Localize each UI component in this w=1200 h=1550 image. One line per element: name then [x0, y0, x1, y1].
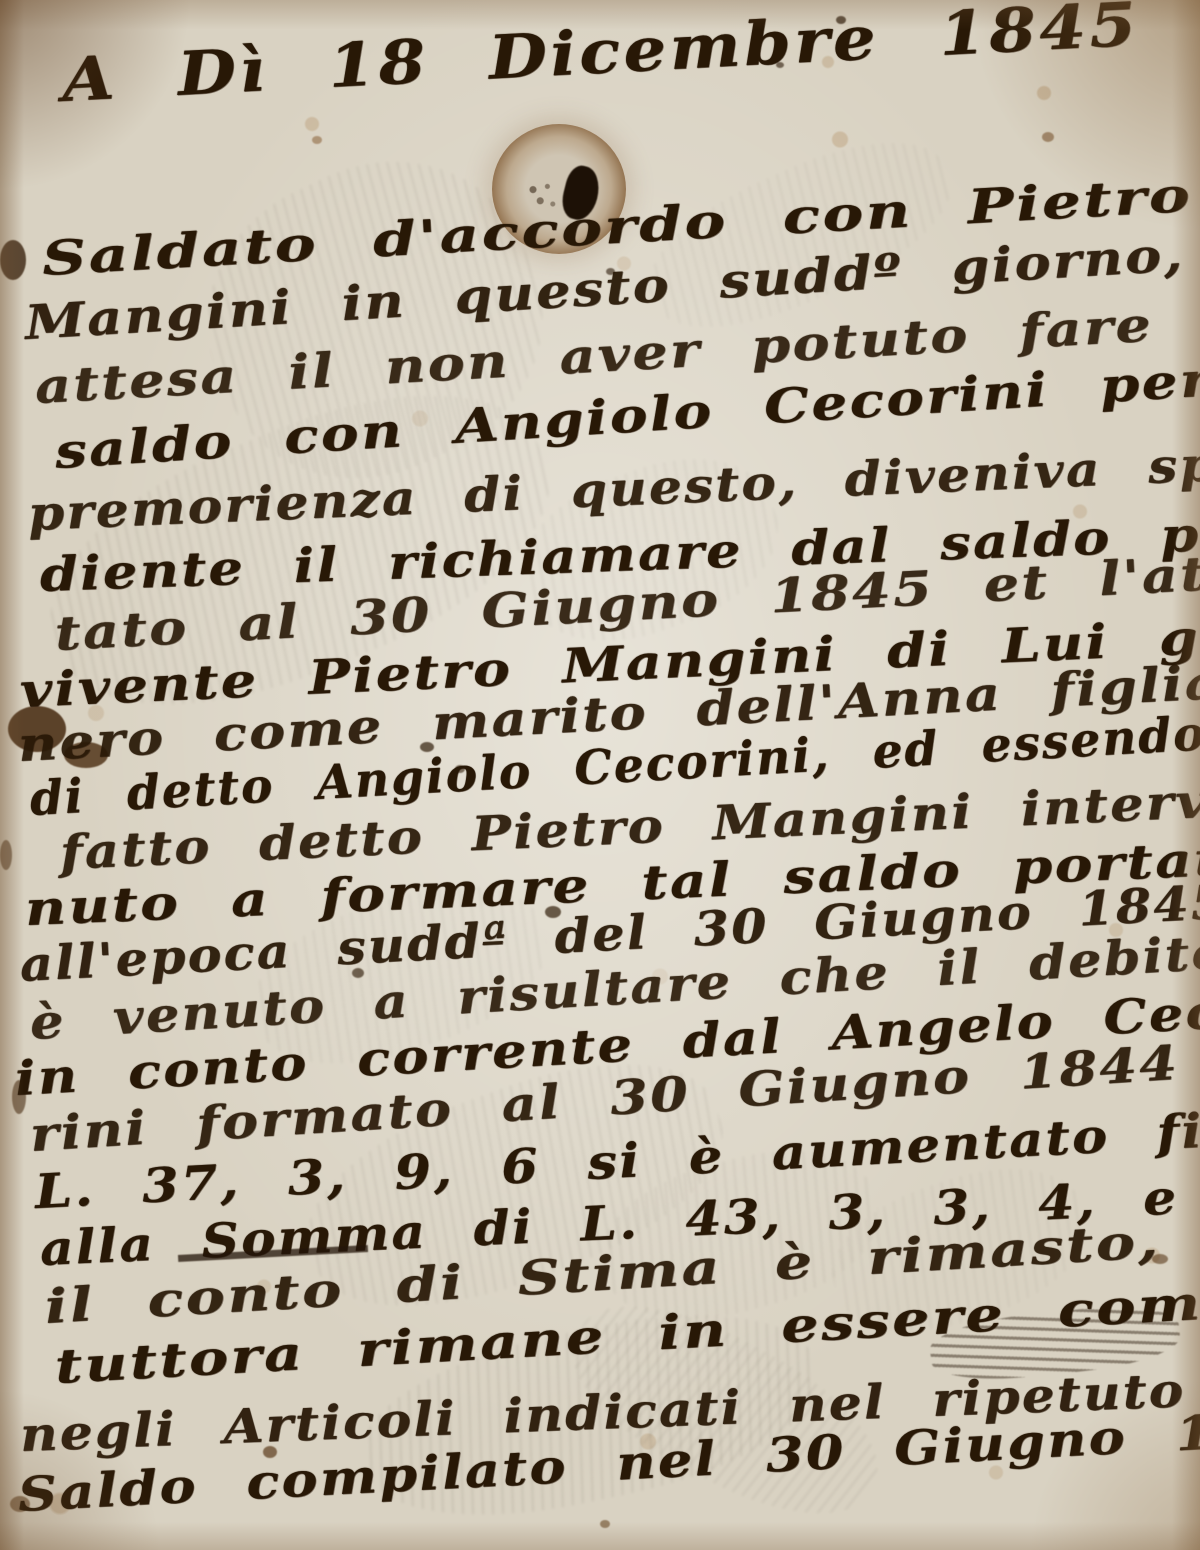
ink-speck [600, 1520, 610, 1528]
ink-speck [312, 136, 322, 144]
ink-speck [0, 240, 26, 280]
manuscript-page: A Dì 18 Dicembre 1845 Saldato d'accordo … [0, 0, 1200, 1550]
date-heading: A Dì 18 Dicembre 1845 [60, 0, 1141, 116]
ink-speck [1042, 132, 1054, 142]
ink-speck [0, 840, 12, 870]
